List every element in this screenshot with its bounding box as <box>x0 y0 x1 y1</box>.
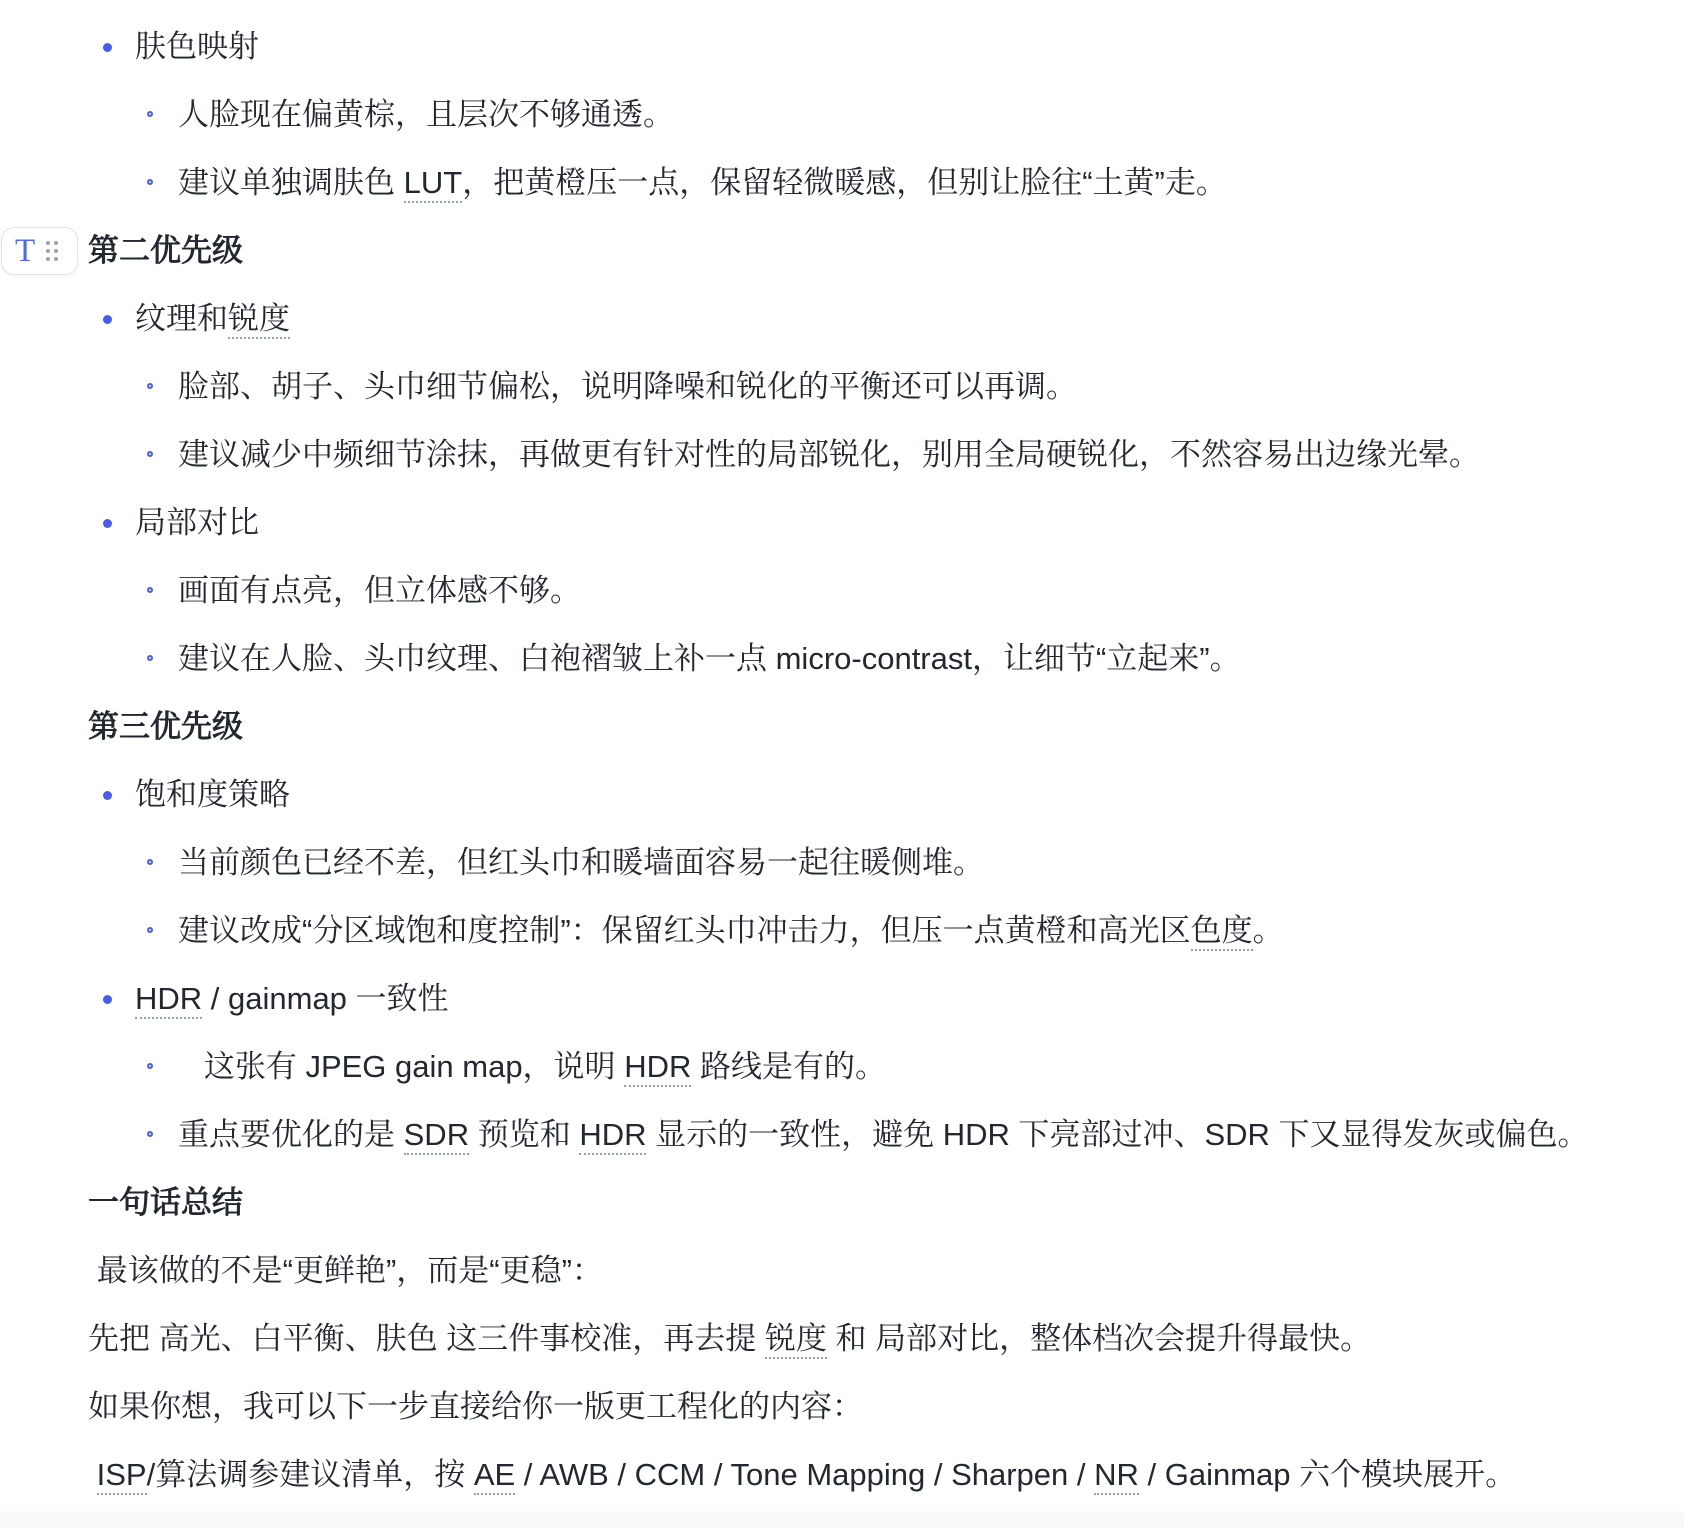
block-text: 纹理和锐度 <box>135 301 290 339</box>
text-segment: 脸部、胡子、头巾细节偏松，说明降噪和锐化的平衡还可以再调。 <box>178 369 1077 404</box>
bullet-dot-icon <box>103 791 112 800</box>
text-segment: 建议在人脸、头巾纹理、白袍褶皱上补一点 micro-contrast，让细节“立… <box>178 641 1241 676</box>
block-text: 建议在人脸、头巾纹理、白袍褶皱上补一点 micro-contrast，让细节“立… <box>178 641 1241 676</box>
text-segment: 纹理和 <box>135 301 228 336</box>
sub-bullet-item: 建议单独调肤色 LUT，把黄橙压一点，保留轻微暖感，但别让脸往“土黄”走。 <box>0 149 1684 217</box>
text-segment: 建议减少中频细节涂抹，再做更有针对性的局部锐化，别用全局硬锐化，不然容易出边缘光… <box>178 437 1480 472</box>
sub-bullet-item: 人脸现在偏黄棕，且层次不够通透。 <box>0 81 1684 149</box>
heading-block: 第三优先级 <box>0 693 1684 761</box>
text-segment: / gainmap 一致性 <box>202 981 448 1016</box>
text-segment: 当前颜色已经不差，但红头巾和暖墙面容易一起往暖侧堆。 <box>178 845 984 880</box>
block-text: 肤色映射 <box>135 29 259 64</box>
paragraph-block: 最该做的不是“更鲜艳”，而是“更稳”： <box>0 1237 1684 1305</box>
bullet-circle-icon <box>147 1131 153 1137</box>
block-handle-toolbar: T <box>1 227 78 275</box>
bullet-item: 纹理和锐度 <box>0 285 1684 353</box>
block-text: 建议减少中频细节涂抹，再做更有针对性的局部锐化，别用全局硬锐化，不然容易出边缘光… <box>178 437 1480 472</box>
drag-handle-icon[interactable] <box>46 241 58 261</box>
sub-bullet-item: 这张有 JPEG gain map，说明 HDR 路线是有的。 <box>0 1033 1684 1101</box>
sub-bullet-item: 建议减少中频细节涂抹，再做更有针对性的局部锐化，别用全局硬锐化，不然容易出边缘光… <box>0 421 1684 489</box>
bullet-circle-icon <box>147 1063 153 1069</box>
text-segment: 第二优先级 <box>88 233 243 268</box>
bullet-circle-icon <box>147 655 153 661</box>
underlined-term[interactable]: LUT <box>404 165 463 203</box>
document-body: 肤色映射人脸现在偏黄棕，且层次不够通透。建议单独调肤色 LUT，把黄橙压一点，保… <box>0 0 1684 1509</box>
block-text: 这张有 JPEG gain map，说明 HDR 路线是有的。 <box>178 1049 886 1087</box>
text-segment: 和 局部对比，整体档次会提升得最快。 <box>827 1321 1371 1356</box>
bullet-circle-icon <box>147 179 153 185</box>
bullet-circle-icon <box>147 927 153 933</box>
sub-bullet-item: 画面有点亮，但立体感不够。 <box>0 557 1684 625</box>
heading-block: 一句话总结 <box>0 1169 1684 1237</box>
text-segment: 。 <box>1253 913 1284 948</box>
text-segment: 建议单独调肤色 <box>178 165 404 200</box>
text-block-icon[interactable]: T <box>15 235 35 268</box>
block-text: 局部对比 <box>135 505 259 540</box>
text-segment: /算法调参建议清单，按 <box>147 1457 474 1492</box>
sub-bullet-item: 建议在人脸、头巾纹理、白袍褶皱上补一点 micro-contrast，让细节“立… <box>0 625 1684 693</box>
heading-block: T第二优先级 <box>0 217 1684 285</box>
block-text: ISP/算法调参建议清单，按 AE / AWB / CCM / Tone Map… <box>88 1457 1516 1495</box>
text-segment: 肤色映射 <box>135 29 259 64</box>
text-segment: / AWB / CCM / Tone Mapping / Sharpen / <box>515 1457 1094 1492</box>
bullet-item: HDR / gainmap 一致性 <box>0 965 1684 1033</box>
underlined-term[interactable]: NR <box>1094 1457 1139 1495</box>
underlined-term[interactable]: SDR <box>404 1117 469 1155</box>
underlined-term[interactable]: ISP <box>97 1457 147 1495</box>
block-text: 建议改成“分区域饱和度控制”：保留红头巾冲击力，但压一点黄橙和高光区色度。 <box>178 913 1284 951</box>
block-text: 先把 高光、白平衡、肤色 这三件事校准，再去提 锐度 和 局部对比，整体档次会提… <box>88 1321 1371 1359</box>
underlined-term[interactable]: 锐度 <box>228 301 290 339</box>
sub-bullet-item: 脸部、胡子、头巾细节偏松，说明降噪和锐化的平衡还可以再调。 <box>0 353 1684 421</box>
bullet-dot-icon <box>103 519 112 528</box>
paragraph-block: 如果你想，我可以下一步直接给你一版更工程化的内容： <box>0 1373 1684 1441</box>
underlined-term[interactable]: HDR <box>624 1049 691 1087</box>
text-segment: 局部对比 <box>135 505 259 540</box>
bullet-circle-icon <box>147 111 153 117</box>
text-segment: 路线是有的。 <box>691 1049 886 1084</box>
paragraph-block: ISP/算法调参建议清单，按 AE / AWB / CCM / Tone Map… <box>0 1441 1684 1509</box>
sub-bullet-item: 当前颜色已经不差，但红头巾和暖墙面容易一起往暖侧堆。 <box>0 829 1684 897</box>
underlined-term[interactable]: 锐度 <box>765 1321 827 1359</box>
bullet-item: 肤色映射 <box>0 13 1684 81</box>
text-segment: 先把 高光、白平衡、肤色 这三件事校准，再去提 <box>88 1321 765 1356</box>
block-text: 饱和度策略 <box>135 777 290 812</box>
bullet-dot-icon <box>103 315 112 324</box>
text-segment: 这张有 JPEG gain map，说明 <box>178 1049 624 1084</box>
sub-bullet-item: 建议改成“分区域饱和度控制”：保留红头巾冲击力，但压一点黄橙和高光区色度。 <box>0 897 1684 965</box>
bullet-dot-icon <box>103 995 112 1004</box>
bullet-dot-icon <box>103 43 112 52</box>
block-text: 画面有点亮，但立体感不够。 <box>178 573 581 608</box>
block-text: 最该做的不是“更鲜艳”，而是“更稳”： <box>88 1253 603 1288</box>
text-segment: 重点要优化的是 <box>178 1117 404 1152</box>
bullet-circle-icon <box>147 587 153 593</box>
sub-bullet-item: 重点要优化的是 SDR 预览和 HDR 显示的一致性，避免 HDR 下亮部过冲、… <box>0 1101 1684 1169</box>
text-segment: 画面有点亮，但立体感不够。 <box>178 573 581 608</box>
bullet-circle-icon <box>147 859 153 865</box>
bullet-item: 局部对比 <box>0 489 1684 557</box>
block-text: 脸部、胡子、头巾细节偏松，说明降噪和锐化的平衡还可以再调。 <box>178 369 1077 404</box>
underlined-term[interactable]: AE <box>474 1457 515 1495</box>
text-segment: 一句话总结 <box>88 1185 243 1220</box>
text-segment: 人脸现在偏黄棕，且层次不够通透。 <box>178 97 674 132</box>
block-text: 人脸现在偏黄棕，且层次不够通透。 <box>178 97 674 132</box>
bottom-edge <box>0 1511 1684 1528</box>
block-text: 建议单独调肤色 LUT，把黄橙压一点，保留轻微暖感，但别让脸往“土黄”走。 <box>178 165 1227 203</box>
text-segment <box>88 1457 97 1492</box>
block-text: 当前颜色已经不差，但红头巾和暖墙面容易一起往暖侧堆。 <box>178 845 984 880</box>
bullet-circle-icon <box>147 383 153 389</box>
underlined-term[interactable]: 色度 <box>1191 913 1253 951</box>
text-segment: 建议改成“分区域饱和度控制”：保留红头巾冲击力，但压一点黄橙和高光区 <box>178 913 1191 948</box>
block-text: 一句话总结 <box>88 1185 243 1220</box>
text-segment: 饱和度策略 <box>135 777 290 812</box>
text-segment: 如果你想，我可以下一步直接给你一版更工程化的内容： <box>88 1389 863 1424</box>
underlined-term[interactable]: HDR <box>579 1117 646 1155</box>
block-text: 如果你想，我可以下一步直接给你一版更工程化的内容： <box>88 1389 863 1424</box>
text-segment: / Gainmap 六个模块展开。 <box>1139 1457 1516 1492</box>
text-segment: 显示的一致性，避免 HDR 下亮部过冲、SDR 下又显得发灰或偏色。 <box>646 1117 1588 1152</box>
block-text: 第二优先级 <box>88 233 243 268</box>
text-segment: 预览和 <box>469 1117 579 1152</box>
block-text: HDR / gainmap 一致性 <box>135 981 449 1019</box>
text-segment: 第三优先级 <box>88 709 243 744</box>
block-text: 第三优先级 <box>88 709 243 744</box>
underlined-term[interactable]: HDR <box>135 981 202 1019</box>
paragraph-block: 先把 高光、白平衡、肤色 这三件事校准，再去提 锐度 和 局部对比，整体档次会提… <box>0 1305 1684 1373</box>
text-segment: ，把黄橙压一点，保留轻微暖感，但别让脸往“土黄”走。 <box>462 165 1227 200</box>
block-text: 重点要优化的是 SDR 预览和 HDR 显示的一致性，避免 HDR 下亮部过冲、… <box>178 1117 1589 1155</box>
bullet-item: 饱和度策略 <box>0 761 1684 829</box>
text-segment: 最该做的不是“更鲜艳”，而是“更稳”： <box>88 1253 603 1288</box>
bullet-circle-icon <box>147 451 153 457</box>
